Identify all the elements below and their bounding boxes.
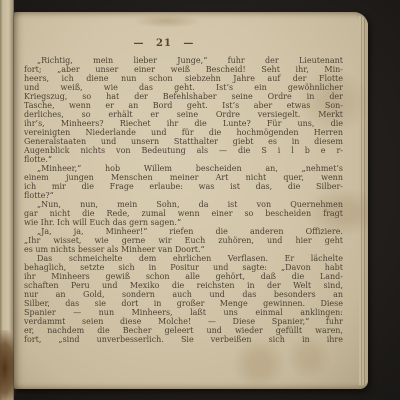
text-line: Generalstaaten und unsern Statthalter gi…	[24, 137, 343, 146]
text-line: vereinigten Niederlande und für die hoch…	[24, 128, 343, 137]
text-line: ich mir die Frage erlaube: was ist das, …	[24, 182, 343, 191]
scanned-book-photo: { "book_page": { "page_number": "— 21 —"…	[0, 0, 400, 400]
text-line: heers, ich diene nun schon siebzehn Jahr…	[24, 74, 343, 83]
text-line: ihr’s, Minheers? Riechet ihr die Lunte? …	[24, 119, 343, 128]
text-line: wie Ihr. Ich will Euch das gern sagen.“	[24, 218, 343, 227]
text-line: nur an Gold, sondern auch und das besond…	[24, 290, 343, 299]
text-line: derliches, so erhält er seine Ordre vers…	[24, 110, 343, 119]
text-line: fort; „aber unser einer weiß Bescheid! S…	[24, 65, 343, 74]
text-line: er, nachdem die Becher geleert und wiede…	[24, 326, 343, 335]
text-line: fort, „sind unverbesserlich. Sie verbeiß…	[24, 335, 343, 344]
text-line: Spanier — nun Minheers, laßt uns einmal …	[24, 308, 343, 317]
text-line: behaglich, setzte sich in Positur und sa…	[24, 263, 343, 272]
adjacent-page-edge	[0, 0, 14, 400]
book-page: — 21 — „Richtig, mein lieber Junge,“ fuh…	[14, 12, 368, 389]
page-number: — 21 —	[24, 38, 304, 49]
text-line: „Ihr wisset, wie gerne wir Euch zuhören,…	[24, 236, 343, 245]
text-line: „Richtig, mein lieber Junge,“ fuhr der L…	[24, 56, 343, 65]
text-line: Augenblick nichts von Bedeutung als — di…	[24, 146, 343, 155]
text-line: Das schmeichelte dem ehrlichen Verflasen…	[24, 254, 343, 263]
text-line: flotte.“	[24, 155, 343, 164]
page-stack-fore-edge	[359, 16, 368, 385]
text-line: „Minheer,“ hob Willem bescheiden an, „ne…	[24, 164, 343, 173]
text-line: verdammt seien diese Molche! — Diese Spa…	[24, 317, 343, 326]
text-line: und weiß, wie das geht. Ist’s ein gewöhn…	[24, 83, 343, 92]
text-line: Kriegszug, so hat der Befehlshaber seine…	[24, 92, 343, 101]
text-line: Tasche, wenn er an Bord geht. Ist’s aber…	[24, 101, 343, 110]
text-line: „Nun, nun, mein Sohn, da ist von Querneh…	[24, 200, 343, 209]
foxing-stain	[132, 14, 202, 28]
text-line: gar nicht die Rede, zumal wenn einer so …	[24, 209, 343, 218]
body-text: „Richtig, mein lieber Junge,“ fuhr der L…	[24, 56, 343, 344]
text-line: schaften Peru und Mexiko die reichsten i…	[24, 281, 343, 290]
text-line: Silber, das sie dort in großer Menge gew…	[24, 299, 343, 308]
text-line: „Ja, ja, Minheer!“ riefen die anderen Of…	[24, 227, 343, 236]
text-line: einem jungen Menschen meiner Art nicht q…	[24, 173, 343, 182]
text-line: flotte?“	[24, 191, 343, 200]
text-line: ihr Minheers gewiß schon alle gehört, da…	[24, 272, 343, 281]
text-line: es um nichts besser als Minheer van Door…	[24, 245, 343, 254]
